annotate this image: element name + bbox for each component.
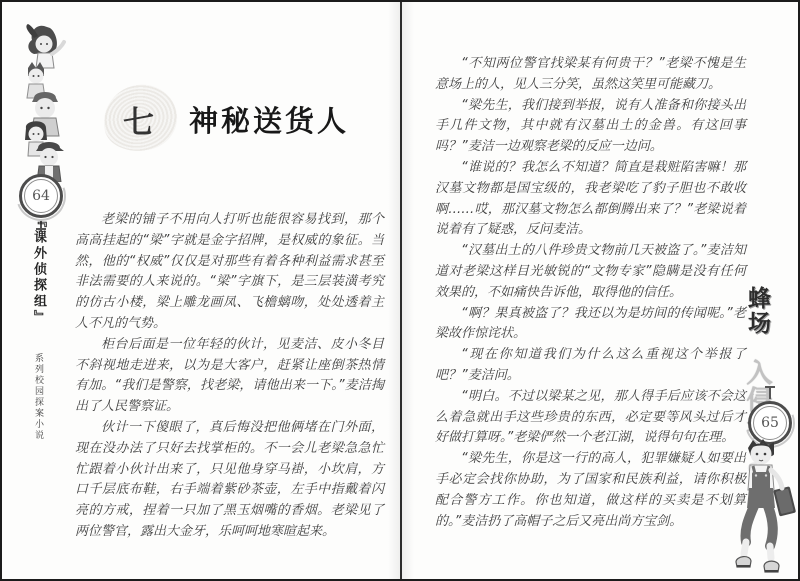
series-subtitle: 系列校园探案小说	[33, 345, 43, 441]
paragraph: “明白。不过以梁某之见，那人得手后应该不会这么着急就出手这些珍贵的东西，必定要等…	[435, 387, 746, 449]
left-page-text: 老梁的铺子不用向人打听也能很容易找到，那个高高挂起的“梁”字就是金字招牌，是权威…	[75, 210, 384, 543]
spine-shadow	[402, 2, 414, 579]
series-title: 『课外侦探组』	[31, 214, 46, 326]
badge-pin-icon	[769, 388, 771, 399]
paragraph: “啊？果真被盗了？我还以为是坊间的传闻呢。”老梁故作惊诧状。	[435, 304, 746, 346]
paragraph: 柜台后面是一位年轻的伙计，见麦洁、皮小冬目不斜视地走进来，以为是大客户，赶紧让座…	[75, 335, 384, 418]
page-number-badge-left: 64	[19, 174, 63, 218]
paragraph: “汉墓出土的八件珍贵文物前几天被盗了。”麦洁知道对老梁这样目光敏锐的“文物专家”…	[435, 241, 746, 303]
page-number-left: 64	[22, 177, 60, 215]
paragraph: 老梁的铺子不用向人打听也能很容易找到，那个高高挂起的“梁”字就是金字招牌，是权威…	[75, 210, 384, 335]
right-page-text: “不知两位警官找梁某有何贵干？”老梁不愧是生意场上的人，见人三分笑，虽然这笑里可…	[435, 54, 746, 532]
book-spine-divider	[400, 2, 402, 579]
series-title-vertical: 『课外侦探组』 系列校园探案小说	[30, 214, 46, 414]
running-boy-illustration	[724, 438, 800, 579]
chapter-number: 七	[123, 97, 154, 142]
paragraph: “现在你知道我们为什么这么重视这个举报了吧？”麦洁问。	[435, 345, 746, 387]
paragraph: “谁说的？我怎么不知道？简直是栽赃陷害嘛！那汉墓文物都是国宝级的，我老梁吃了豹子…	[435, 158, 746, 241]
spine-shadow	[388, 2, 400, 579]
paragraph: “梁先生，我们接到举报，说有人准备和你接头出手几件文物，其中就有汉墓出土的金兽。…	[435, 96, 746, 158]
paragraph: “不知两位警官找梁某有何贵干？”老梁不愧是生意场上的人，见人三分笑，虽然这笑里可…	[435, 54, 746, 96]
book-spread: 64 『课外侦探组』 系列校园探案小说 七 神秘送货人 老梁的铺子不用向人打听也…	[0, 0, 800, 581]
page-number-right: 65	[751, 404, 789, 442]
book-title-dark: 蜂场	[744, 286, 770, 336]
kids-group-illustration	[14, 24, 72, 182]
chapter-title: 神秘送货人	[189, 99, 349, 140]
paragraph: 伙计一下傻眼了，真后悔没把他俩堵在门外面，现在没办法了只好去找掌柜的。不一会儿老…	[75, 418, 384, 543]
paragraph: “梁先生，你是这一行的高人，犯罪嫌疑人如要出手必定会找你协助，为了国家和民族利益…	[435, 449, 746, 532]
